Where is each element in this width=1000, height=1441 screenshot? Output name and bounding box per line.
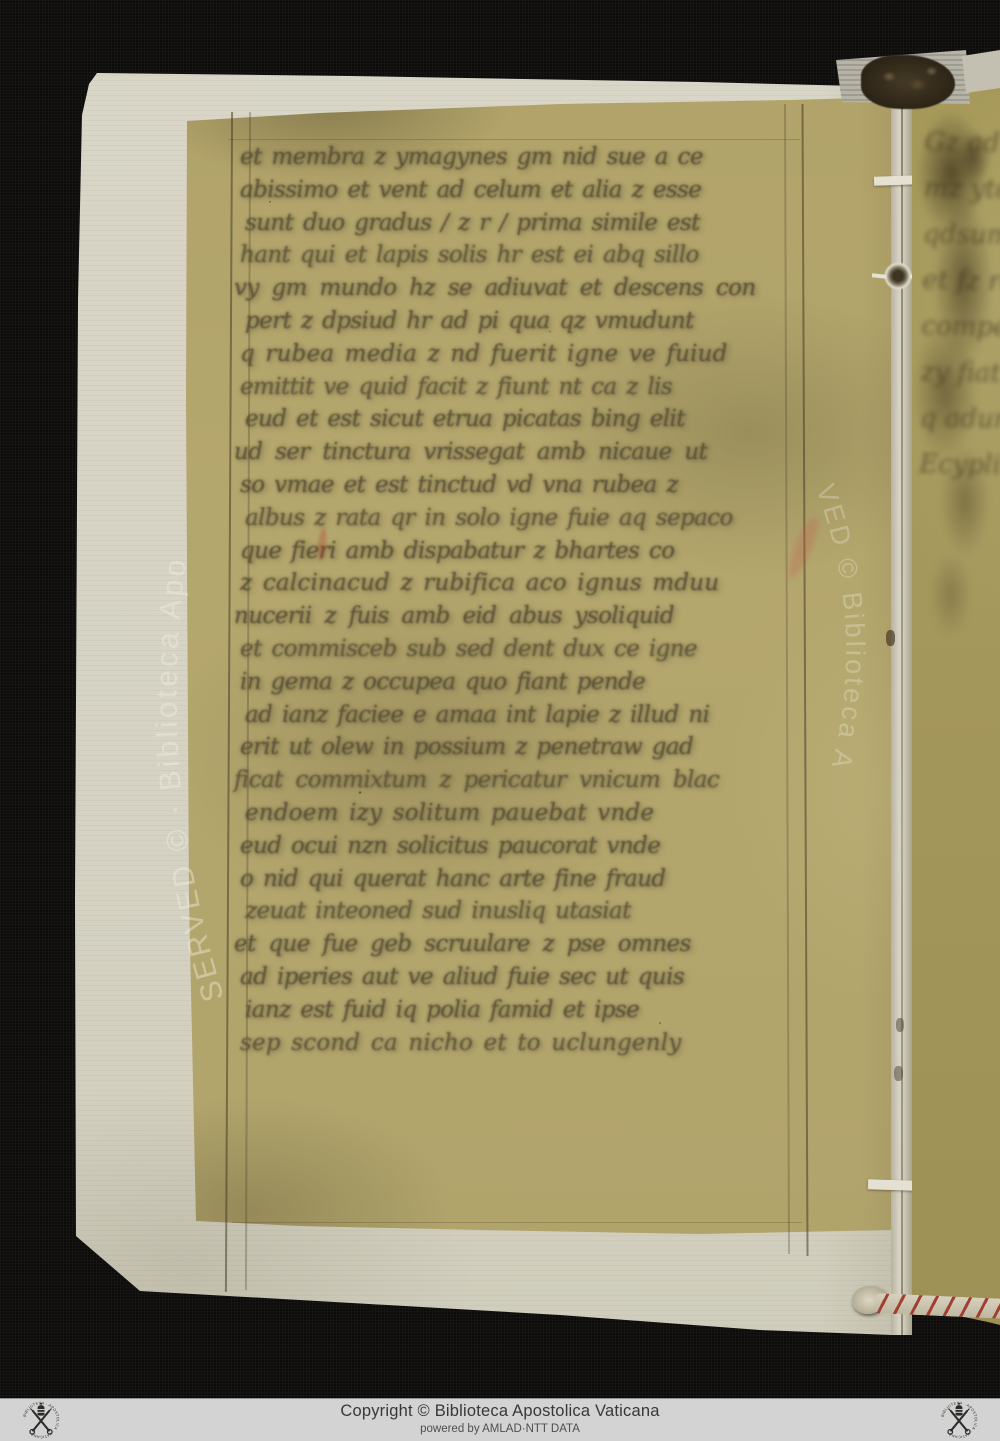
sewing-stitch-bottom	[868, 1179, 914, 1191]
gutter-lump-2	[894, 1066, 903, 1081]
vatican-library-logo-right: · BIBLIOTECA · APOSTOLICA · VATICANA ·	[938, 1399, 980, 1441]
viewer-footer-bar: Copyright © Biblioteca Apostolica Vatica…	[0, 1398, 1000, 1441]
manuscript-scan-viewport: et membra z ymagynes gm nid sue a ceabis…	[0, 0, 1000, 1441]
vatican-library-logo-left: · BIBLIOTECA · APOSTOLICA · VATICANA ·	[20, 1399, 62, 1441]
gutter-tear-nick	[886, 630, 895, 646]
damaged-spine-chunk	[861, 55, 955, 109]
facing-page-ink-stains	[912, 95, 1000, 875]
rule-horizontal-bottom	[232, 1222, 802, 1223]
sewing-hole	[884, 262, 912, 290]
footer-powered-by-text: powered by AMLAD·NTT DATA	[0, 1423, 1000, 1435]
gutter-lump-1	[896, 1018, 904, 1032]
rule-horizontal-top	[228, 139, 800, 140]
footer-copyright-text: Copyright © Biblioteca Apostolica Vatica…	[0, 1402, 1000, 1421]
